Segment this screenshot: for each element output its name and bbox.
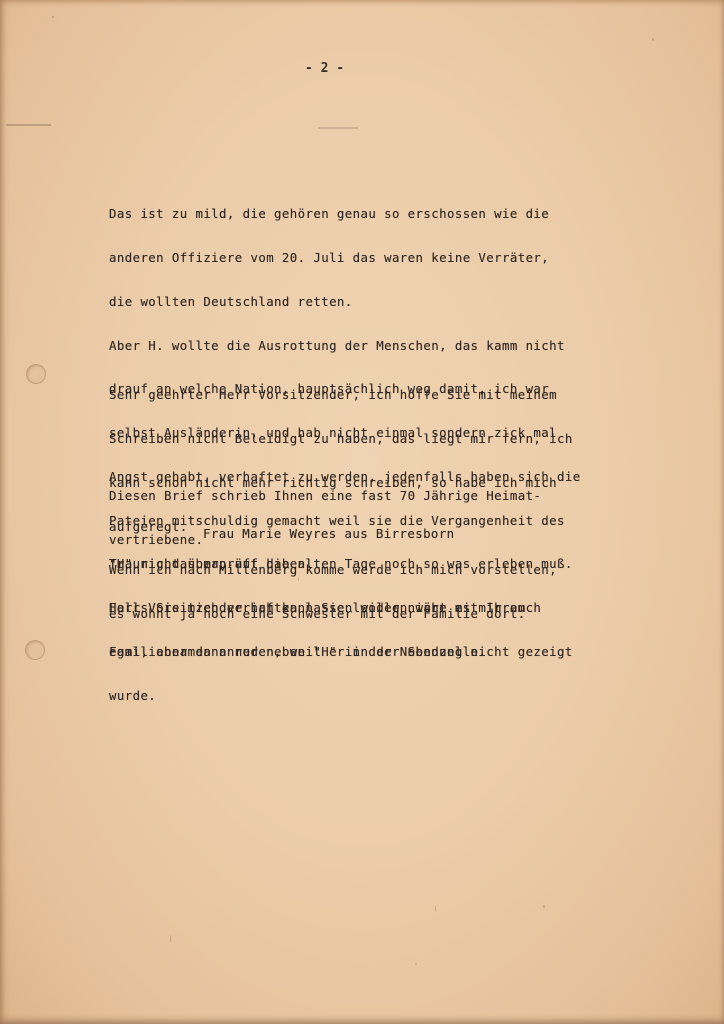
text-line: wurde. bbox=[109, 689, 581, 704]
paper-speck bbox=[652, 38, 654, 41]
text-line: die wollten Deutschland retten. bbox=[109, 295, 581, 310]
document-page: - 2 - Das ist zu mild, die gehören genau… bbox=[0, 0, 724, 1024]
margin-mark-center bbox=[318, 127, 358, 129]
paper-speck bbox=[170, 935, 171, 943]
punch-hole-lower bbox=[25, 640, 45, 660]
paper-speck bbox=[52, 16, 54, 18]
margin-mark-left bbox=[6, 124, 51, 126]
punch-hole-upper bbox=[26, 364, 46, 384]
text-line: Falls Sie mich verhaften lassen wollen w… bbox=[109, 601, 573, 616]
paper-speck bbox=[415, 963, 417, 965]
paragraph-postscript: Traurig das man auf die alten Tage noch … bbox=[109, 528, 573, 689]
text-line: Sehr geehrter Herr Vorsitzender, ich hof… bbox=[109, 388, 573, 403]
text-line: Schreiben nicht Beleidigt zu haben, das … bbox=[109, 432, 573, 447]
page-number: - 2 - bbox=[305, 61, 344, 76]
text-line: egal, aber dann nur neben "H" in der Neb… bbox=[109, 645, 573, 660]
text-line: Das ist zu mild, die gehören genau so er… bbox=[109, 207, 581, 222]
paper-speck bbox=[543, 905, 545, 908]
text-line: anderen Offiziere vom 20. Juli das waren… bbox=[109, 251, 581, 266]
text-line: Traurig das man auf die alten Tage noch … bbox=[109, 557, 573, 572]
paper-speck bbox=[435, 905, 436, 912]
text-line: Aber H. wollte die Ausrottung der Mensch… bbox=[109, 339, 581, 354]
